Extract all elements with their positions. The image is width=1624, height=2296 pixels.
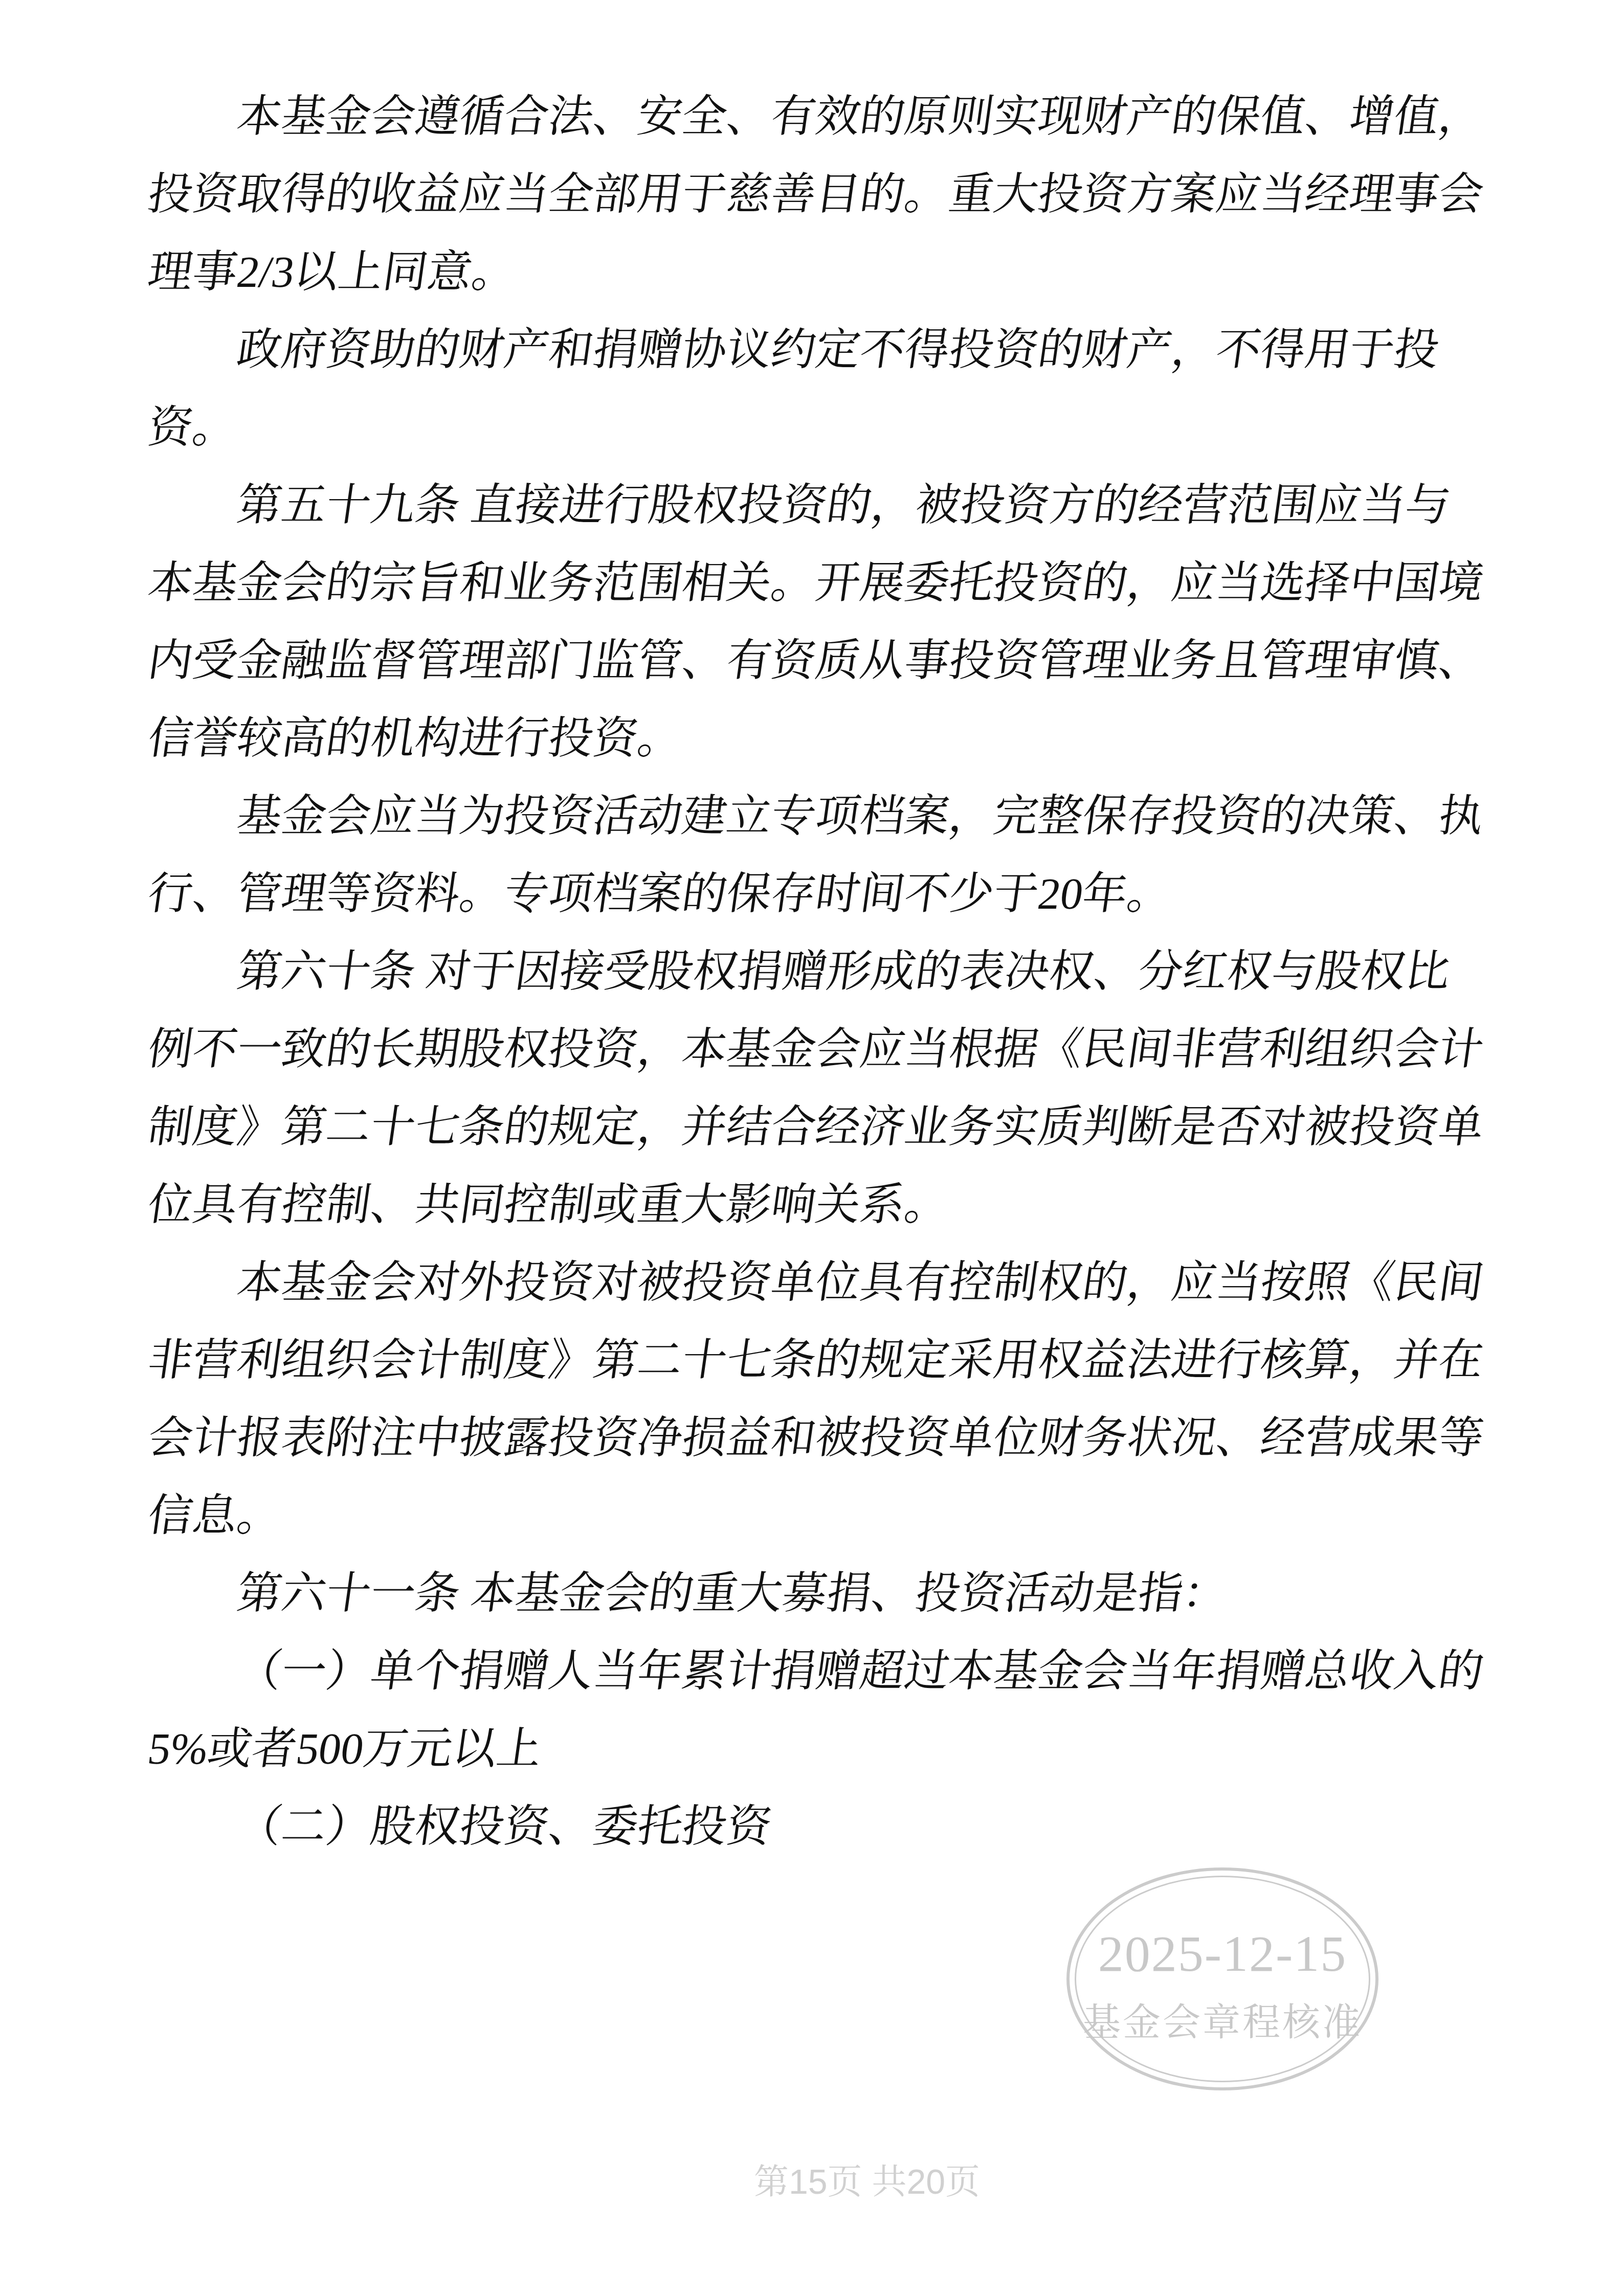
paragraph-line: 行、管理等资料。专项档案的保存时间不少于20年。 <box>143 855 1494 933</box>
paragraph-line: 投资取得的收益应当全部用于慈善目的。重大投资方案应当经理事会 <box>143 155 1494 233</box>
paragraph-line: 会计报表附注中披露投资净损益和被投资单位财务状况、经营成果等 <box>143 1399 1494 1477</box>
paragraph-line: 基金会应当为投资活动建立专项档案，完整保存投资的决策、执 <box>143 777 1494 855</box>
paragraph-line: 5%或者500万元以上 <box>143 1710 1494 1788</box>
paragraph-line-item-2: （二）股权投资、委托投资 <box>143 1788 1494 1865</box>
paragraph-line: 理事2/3以上同意。 <box>143 233 1494 311</box>
paragraph-line-article-60: 第六十条 对于因接受股权捐赠形成的表决权、分红权与股权比 <box>143 933 1494 1010</box>
paragraph-line: 制度》第二十七条的规定，并结合经济业务实质判断是否对被投资单 <box>143 1088 1494 1166</box>
stamp-label: 基金会章程核准 <box>1070 2002 1375 2043</box>
paragraph-line: 政府资助的财产和捐赠协议约定不得投资的财产，不得用于投 <box>143 311 1494 389</box>
charter-text-block: 本基金会遵循合法、安全、有效的原则实现财产的保值、增值， 投资取得的收益应当全部… <box>148 78 1488 1865</box>
paragraph-line: 资。 <box>143 389 1494 466</box>
paragraph-line-item-1: （一）单个捐赠人当年累计捐赠超过本基金会当年捐赠总收入的 <box>143 1632 1494 1710</box>
paragraph-line: 内受金融监督管理部门监管、有资质从事投资管理业务且管理审慎、 <box>143 622 1494 700</box>
paragraph-line-article-59: 第五十九条 直接进行股权投资的，被投资方的经营范围应当与 <box>143 466 1494 544</box>
stamp-date: 2025-12-15 <box>1070 1927 1375 1980</box>
approval-stamp: 2025-12-15 基金会章程核准 <box>1066 1867 1378 2090</box>
paragraph-line: 信息。 <box>143 1477 1494 1555</box>
document-page: 本基金会遵循合法、安全、有效的原则实现财产的保值、增值， 投资取得的收益应当全部… <box>0 0 1624 2296</box>
paragraph-line: 位具有控制、共同控制或重大影响关系。 <box>143 1166 1494 1244</box>
paragraph-line: 本基金会的宗旨和业务范围相关。开展委托投资的，应当选择中国境 <box>143 544 1494 622</box>
paragraph-line: 例不一致的长期股权投资，本基金会应当根据《民间非营利组织会计 <box>143 1010 1494 1088</box>
paragraph-line: 本基金会对外投资对被投资单位具有控制权的，应当按照《民间 <box>143 1244 1494 1321</box>
paragraph-line: 非营利组织会计制度》第二十七条的规定采用权益法进行核算，并在 <box>143 1321 1494 1399</box>
page-number: 第15页 共20页 <box>754 2154 980 2204</box>
paragraph-line: 本基金会遵循合法、安全、有效的原则实现财产的保值、增值， <box>143 78 1494 155</box>
paragraph-line-article-61: 第六十一条 本基金会的重大募捐、投资活动是指： <box>143 1555 1494 1632</box>
paragraph-line: 信誉较高的机构进行投资。 <box>143 700 1494 777</box>
